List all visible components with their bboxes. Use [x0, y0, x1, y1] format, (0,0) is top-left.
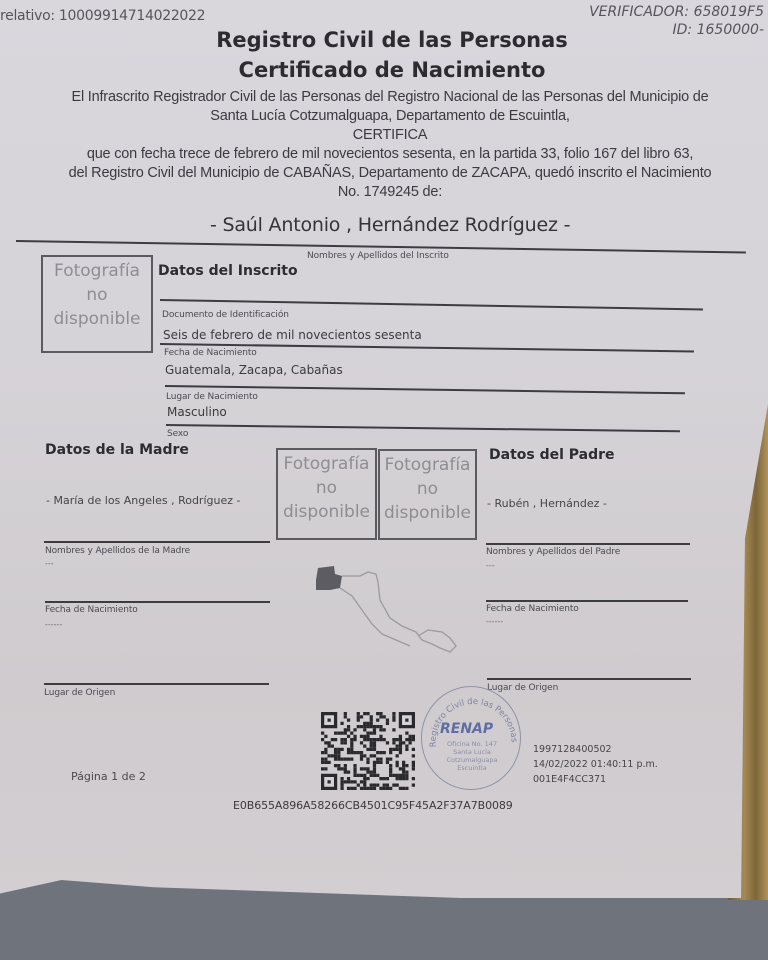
photo-text: disponible [380, 501, 475, 525]
verificador-code: VERIFICADOR: 658019F5 [589, 3, 764, 21]
intro-line: No. 1749245 de: [20, 183, 760, 202]
padre-name-label: Nombres y Apellidos del Padre [486, 547, 620, 557]
photo-text: no [278, 476, 375, 500]
issue-metadata: 1997128400502 14/02/2022 01:40:11 p.m. 0… [533, 742, 658, 787]
photo-text: Fotografía [278, 452, 375, 476]
photo-text: Fotografía [380, 453, 475, 477]
document-hash: E0B655A896A58266CB4501C95F45A2F37A7B0089 [233, 799, 513, 812]
divider [486, 543, 690, 545]
madre-lugar-label: Lugar de Origen [44, 688, 115, 698]
photo-text: disponible [43, 307, 151, 331]
full-name-label: Nombres y Apellidos del Inscrito [307, 251, 449, 261]
madre-name-extra: --- [45, 559, 54, 568]
divider [487, 678, 691, 680]
divider [160, 299, 703, 310]
stamp-arc-text: Registro Civil de las Personas [422, 687, 522, 791]
photo-text: no [380, 477, 475, 501]
intro-paragraph: El Infrascrito Registrador Civil de las … [20, 88, 760, 202]
sexo-value: Masculino [167, 405, 227, 419]
registrant-photo-placeholder: Fotografía no disponible [41, 255, 153, 353]
madre-name: - María de los Angeles , Rodríguez - [46, 494, 240, 507]
photo-text: disponible [278, 500, 375, 524]
intro-line: que con fecha trece de febrero de mil no… [20, 145, 760, 164]
page-number: Página 1 de 2 [71, 770, 146, 783]
padre-section-title: Datos del Padre [489, 447, 615, 463]
sexo-label: Sexo [167, 429, 188, 439]
registry-title: Registro Civil de las Personas [0, 28, 768, 52]
registrant-full-name: - Saúl Antonio , Hernández Rodríguez - [210, 214, 570, 236]
inscrito-section-title: Datos del Inscrito [158, 263, 298, 279]
photo-text: no [43, 283, 151, 307]
stamp-line: Escuintla [432, 764, 512, 772]
divider [45, 601, 270, 603]
padre-name-extra: --- [486, 561, 495, 570]
padre-name: - Rubén , Hernández - [487, 497, 607, 510]
padre-fecha-value: ------ [486, 617, 503, 626]
divider [44, 683, 269, 685]
issue-datetime: 14/02/2022 01:40:11 p.m. [533, 757, 658, 772]
photo-text: Fotografía [43, 259, 151, 283]
stamp-line: Cotzumalguapa [432, 756, 512, 764]
renap-logo: RENAP [440, 721, 493, 737]
intro-line: del Registro Civil del Municipio de CABA… [20, 164, 760, 183]
padre-fecha-label: Fecha de Nacimiento [486, 604, 579, 614]
lugar-nacimiento-label: Lugar de Nacimiento [166, 392, 258, 402]
certifica-heading: CERTIFICA [20, 126, 760, 145]
divider [44, 541, 270, 543]
lugar-nacimiento-value: Guatemala, Zacapa, Cabañas [165, 363, 343, 377]
padre-photo-placeholder: Fotografía no disponible [378, 449, 477, 540]
stamp-office-text: Oficina No. 147 Santa Lucía Cotzumalguap… [432, 740, 512, 772]
intro-line: Santa Lucía Cotzumalguapa, Departamento … [20, 107, 760, 126]
qr-code [321, 712, 415, 790]
issue-code: 1997128400502 [533, 742, 658, 757]
issue-code-2: 001E4F4CC371 [533, 772, 658, 787]
fecha-nacimiento-value: Seis de febrero de mil novecientos sesen… [163, 328, 422, 342]
fecha-nacimiento-label: Fecha de Nacimiento [164, 348, 257, 358]
madre-fecha-label: Fecha de Nacimiento [45, 605, 138, 615]
certificate-page: relativo: 10009914714022022 VERIFICADOR:… [0, 0, 768, 898]
divider [486, 600, 688, 602]
stamp-line: Santa Lucía [432, 748, 512, 756]
madre-name-label: Nombres y Apellidos de la Madre [45, 546, 190, 556]
intro-line: El Infrascrito Registrador Civil de las … [20, 88, 760, 107]
correlativo-number: relativo: 10009914714022022 [0, 8, 205, 24]
renap-seal-stamp: Registro Civil de las Personas RENAP Ofi… [421, 686, 521, 790]
certificate-title: Certificado de Nacimiento [0, 58, 768, 82]
madre-photo-placeholder: Fotografía no disponible [276, 448, 377, 540]
documento-label: Documento de Identificación [162, 310, 289, 320]
divider [166, 424, 680, 432]
madre-section-title: Datos de la Madre [45, 442, 189, 458]
stamp-line: Oficina No. 147 [432, 740, 512, 748]
madre-fecha-value: ------ [45, 620, 62, 629]
central-america-map-icon [310, 560, 470, 660]
